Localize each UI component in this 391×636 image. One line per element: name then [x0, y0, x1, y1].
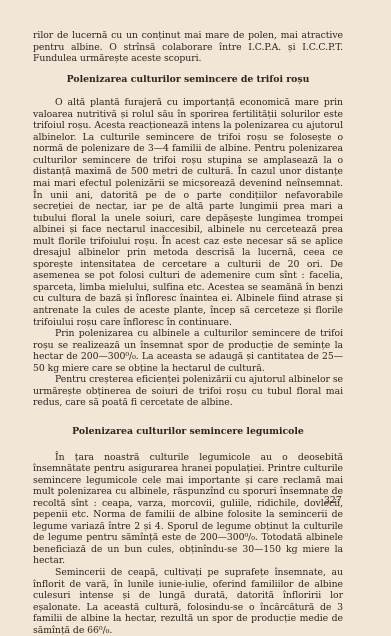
section-heading-trifoi: Polenizarea culturilor semincere de trif… [33, 74, 343, 86]
intro-paragraph: rilor de lucernă cu un conținut mai mare… [33, 30, 343, 65]
document-page: rilor de lucernă cu un conținut mai mare… [33, 30, 343, 525]
paragraph: În țara noastră culturile legumicole au … [33, 452, 343, 526]
page-number: 327 [324, 495, 342, 506]
paragraph: Prin polenizarea cu albinele a culturilo… [33, 328, 343, 374]
paragraph: O altă plantă furajeră cu importanță eco… [33, 97, 343, 328]
paragraph: Pentru creșterea eficienței polenizării … [33, 374, 343, 409]
section-heading-legumicole: Polenizarea culturilor semincere legumic… [33, 426, 343, 438]
